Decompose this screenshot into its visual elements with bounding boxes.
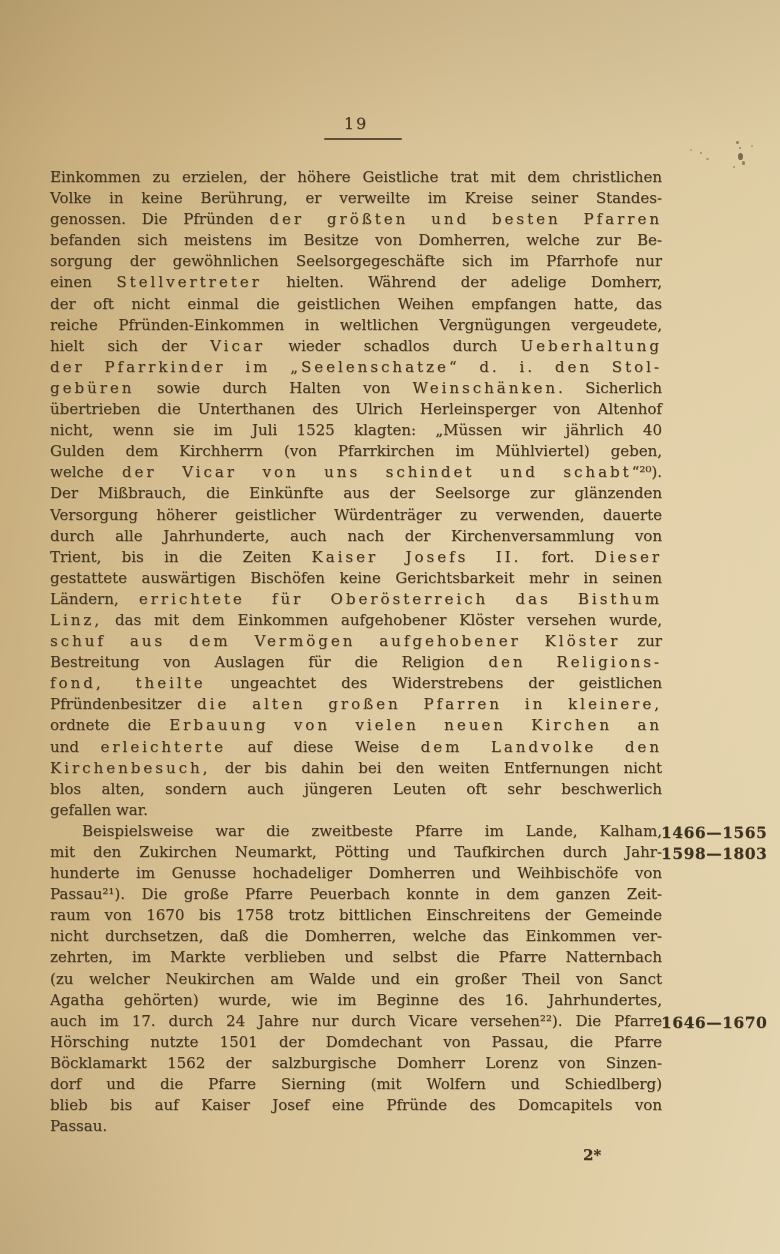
text-line: nicht durchsetzen, daß die Domherren, we… (50, 926, 662, 947)
text-line: nicht, wenn sie im Juli 1525 klagten: „M… (50, 420, 662, 441)
text-line: durch alle Jahrhunderte, auch nach der K… (50, 526, 662, 547)
text-segment: genossen. Die Pfründen (50, 210, 269, 228)
text-segment: Kirchenbesuch, (50, 759, 210, 777)
text-segment: nicht durchsetzen, daß die Domherren, we… (50, 927, 662, 945)
text-segment: zur (620, 632, 662, 650)
text-line: der Pfarrkinder im „Seelenschatze“ d. i.… (50, 357, 662, 378)
text-line: befanden sich meistens im Besitze von Do… (50, 230, 662, 251)
text-segment: Der Mißbrauch, die Einkünfte aus der See… (50, 484, 662, 502)
text-segment: gebüren (50, 379, 134, 397)
text-segment: Passau. (50, 1117, 107, 1135)
text-segment: Ländern, (50, 590, 139, 608)
text-line: Linz, das mit dem Einkommen aufgehobener… (50, 610, 662, 631)
text-line: übertrieben die Unterthanen des Ulrich H… (50, 399, 662, 420)
text-segment: übertrieben die Unterthanen des Ulrich H… (50, 400, 662, 418)
text-segment: und (50, 738, 100, 756)
text-line: Trient, bis in die Zeiten Kaiser Josefs … (50, 547, 662, 568)
signature-mark: 2* (583, 1146, 601, 1164)
text-line: gebüren sowie durch Halten von Weinschän… (50, 378, 662, 399)
text-segment: (zu welcher Neukirchen am Walde und ein … (50, 970, 662, 988)
text-line: Pfründenbesitzer die alten großen Pfarre… (50, 694, 662, 715)
text-segment: zehrten, im Markte verblieben und selbst… (50, 948, 662, 966)
ink-speckle (690, 149, 692, 151)
text-segment: Ueberhaltung (520, 337, 662, 355)
text-line: Volke in keine Berührung, er verweilte i… (50, 188, 662, 209)
text-segment: der Pfarrkinder im „Seelenschatze“ d. i.… (50, 358, 662, 376)
text-segment: ordnete die (50, 716, 169, 734)
text-segment: hunderte im Genusse hochadeliger Domherr… (50, 864, 662, 882)
ink-speckle (57, 171, 60, 176)
text-line: Bestreitung von Auslagen für die Religio… (50, 652, 662, 673)
text-segment: Gulden dem Kirchherrn (von Pfarrkirchen … (50, 442, 662, 460)
text-segment: Vicar (210, 337, 265, 355)
text-line: Einkommen zu erzielen, der höhere Geistl… (50, 167, 662, 188)
text-segment: Versorgung höherer geistlicher Würdenträ… (50, 506, 662, 524)
text-segment: “²⁰). (632, 463, 662, 481)
text-segment: Agatha gehörten) wurde, wie im Beginne d… (50, 991, 662, 1009)
text-line: Agatha gehörten) wurde, wie im Beginne d… (50, 990, 662, 1011)
text-segment: schuf aus dem Vermögen aufgehobener Klös… (50, 632, 620, 650)
text-line: blos alten, sondern auch jüngeren Leuten… (50, 779, 662, 800)
text-segment: hielt sich der (50, 337, 210, 355)
ink-speckle (751, 145, 753, 147)
ink-speckle (700, 152, 702, 154)
text-segment: der größten und besten Pfarren (269, 210, 662, 228)
text-segment: blos alten, sondern auch jüngeren Leuten… (50, 780, 662, 798)
text-segment: befanden sich meistens im Besitze von Do… (50, 231, 662, 249)
text-line: Beispielsweise war die zweitbeste Pfarre… (50, 821, 662, 842)
text-line: ordnete die Erbauung von vielen neuen Ki… (50, 715, 662, 736)
text-line: Passau²¹). Die große Pfarre Peuerbach ko… (50, 884, 662, 905)
text-line: fond, theilte ungeachtet des Widerstrebe… (50, 673, 662, 694)
text-segment: den Religions- (488, 653, 662, 671)
text-segment: wieder schadlos durch (265, 337, 520, 355)
margin-note: 1646—1670 (661, 1013, 767, 1032)
text-segment: Volke in keine Berührung, er verweilte i… (50, 189, 662, 207)
text-segment: das mit dem Einkommen aufgehobener Klöst… (102, 611, 662, 629)
text-segment: der oft nicht einmal die geistlichen Wei… (50, 295, 662, 313)
page-header: 19 (50, 114, 662, 140)
text-segment: hielten. Während der adelige Domherr, (262, 273, 662, 291)
text-segment: dorf und die Pfarre Sierning (mit Wolfer… (50, 1075, 662, 1093)
text-segment: mit den Zukirchen Neumarkt, Pötting und … (50, 843, 662, 861)
text-segment: einen (50, 273, 116, 291)
text-segment: reiche Pfründen-Einkommen in weltlichen … (50, 316, 662, 334)
text-segment: auch im 17. durch 24 Jahre nur durch Vic… (50, 1012, 662, 1030)
text-segment: fond, theilte (50, 674, 206, 692)
text-line: welche der Vicar von uns schindet und sc… (50, 462, 662, 483)
page-scan: 19 Einkommen zu erzielen, der höhere Gei… (0, 0, 780, 1254)
text-segment: Bestreitung von Auslagen für die Religio… (50, 653, 488, 671)
text-line: reiche Pfründen-Einkommen in weltlichen … (50, 315, 662, 336)
text-segment: . Sicherlich (558, 379, 662, 397)
text-segment: welche (50, 463, 122, 481)
margin-note: 1466—1565 (661, 823, 767, 842)
text-line: Passau. (50, 1116, 662, 1137)
text-segment: sorgung der gewöhnlichen Seelsorgegeschä… (50, 252, 662, 270)
text-segment: Stellvertreter (116, 273, 261, 291)
text-segment: raum von 1670 bis 1758 trotz bittlichen … (50, 906, 662, 924)
text-segment: Böcklamarkt 1562 der salzburgische Domhe… (50, 1054, 662, 1072)
text-segment: der Vicar von uns schindet und schabt (122, 463, 632, 481)
text-segment: blieb bis auf Kaiser Josef eine Pfründe … (50, 1096, 662, 1114)
ink-speckle (733, 166, 735, 168)
ink-speckle (742, 161, 745, 165)
text-line: raum von 1670 bis 1758 trotz bittlichen … (50, 905, 662, 926)
page-number: 19 (50, 114, 662, 133)
text-segment: Trient, bis in die Zeiten (50, 548, 311, 566)
text-line: gefallen war. (50, 800, 662, 821)
text-line: hielt sich der Vicar wieder schadlos dur… (50, 336, 662, 357)
text-segment: dem Landvolke den (421, 738, 662, 756)
ink-speckle (736, 141, 739, 144)
text-line: Böcklamarkt 1562 der salzburgische Domhe… (50, 1053, 662, 1074)
text-segment: Linz, (50, 611, 102, 629)
ink-speckle (706, 158, 709, 160)
text-line: und erleichterte auf diese Weise dem Lan… (50, 737, 662, 758)
margin-note: 1598—1803 (661, 844, 767, 863)
text-segment: Hörsching nutzte 1501 der Domdechant von… (50, 1033, 662, 1051)
text-line: einen Stellvertreter hielten. Während de… (50, 272, 662, 293)
text-segment: Einkommen zu erzielen, der höhere Geistl… (50, 168, 662, 186)
text-line: Kirchenbesuch, der bis dahin bei den wei… (50, 758, 662, 779)
body-text: Einkommen zu erzielen, der höhere Geistl… (50, 167, 662, 1137)
ink-speckle (739, 147, 741, 149)
header-rule (324, 138, 402, 140)
text-line: dorf und die Pfarre Sierning (mit Wolfer… (50, 1074, 662, 1095)
text-line: auch im 17. durch 24 Jahre nur durch Vic… (50, 1011, 662, 1032)
text-segment: der bis dahin bei den weiten Entfernunge… (210, 759, 662, 777)
text-segment: Weinschänken (413, 379, 559, 397)
text-line: Gulden dem Kirchherrn (von Pfarrkirchen … (50, 441, 662, 462)
text-segment: nicht, wenn sie im Juli 1525 klagten: „M… (50, 421, 662, 439)
text-segment: errichtete für Oberösterreich das Bisthu… (139, 590, 662, 608)
text-segment: Pfründenbesitzer (50, 695, 197, 713)
text-line: blieb bis auf Kaiser Josef eine Pfründe … (50, 1095, 662, 1116)
text-segment: ungeachtet des Widerstrebens der geistli… (206, 674, 662, 692)
text-line: Hörsching nutzte 1501 der Domdechant von… (50, 1032, 662, 1053)
text-segment: gestattete auswärtigen Bischöfen keine G… (50, 569, 662, 587)
text-line: mit den Zukirchen Neumarkt, Pötting und … (50, 842, 662, 863)
text-segment: erleichterte (100, 738, 226, 756)
text-segment: Beispielsweise war die zweitbeste Pfarre… (82, 822, 662, 840)
text-line: Der Mißbrauch, die Einkünfte aus der See… (50, 483, 662, 504)
ink-speckle (738, 153, 743, 160)
text-segment: auf diese Weise (226, 738, 421, 756)
text-segment: Dieser (595, 548, 662, 566)
text-line: hunderte im Genusse hochadeliger Domherr… (50, 863, 662, 884)
text-segment: sowie durch Halten von (134, 379, 412, 397)
text-line: zehrten, im Markte verblieben und selbst… (50, 947, 662, 968)
text-segment: Kaiser Josefs II. (311, 548, 521, 566)
text-line: Versorgung höherer geistlicher Würdenträ… (50, 505, 662, 526)
text-line: der oft nicht einmal die geistlichen Wei… (50, 294, 662, 315)
text-segment: durch alle Jahrhunderte, auch nach der K… (50, 527, 662, 545)
text-segment: die alten großen Pfarren in kleinere, (197, 695, 662, 713)
text-segment: gefallen war. (50, 801, 148, 819)
text-line: genossen. Die Pfründen der größten und b… (50, 209, 662, 230)
text-line: (zu welcher Neukirchen am Walde und ein … (50, 969, 662, 990)
text-line: schuf aus dem Vermögen aufgehobener Klös… (50, 631, 662, 652)
text-line: Ländern, errichtete für Oberösterreich d… (50, 589, 662, 610)
text-segment: Erbauung von vielen neuen Kirchen an (169, 716, 662, 734)
text-segment: Passau²¹). Die große Pfarre Peuerbach ko… (50, 885, 662, 903)
text-line: sorgung der gewöhnlichen Seelsorgegeschä… (50, 251, 662, 272)
text-segment: fort. (521, 548, 594, 566)
text-line: gestattete auswärtigen Bischöfen keine G… (50, 568, 662, 589)
